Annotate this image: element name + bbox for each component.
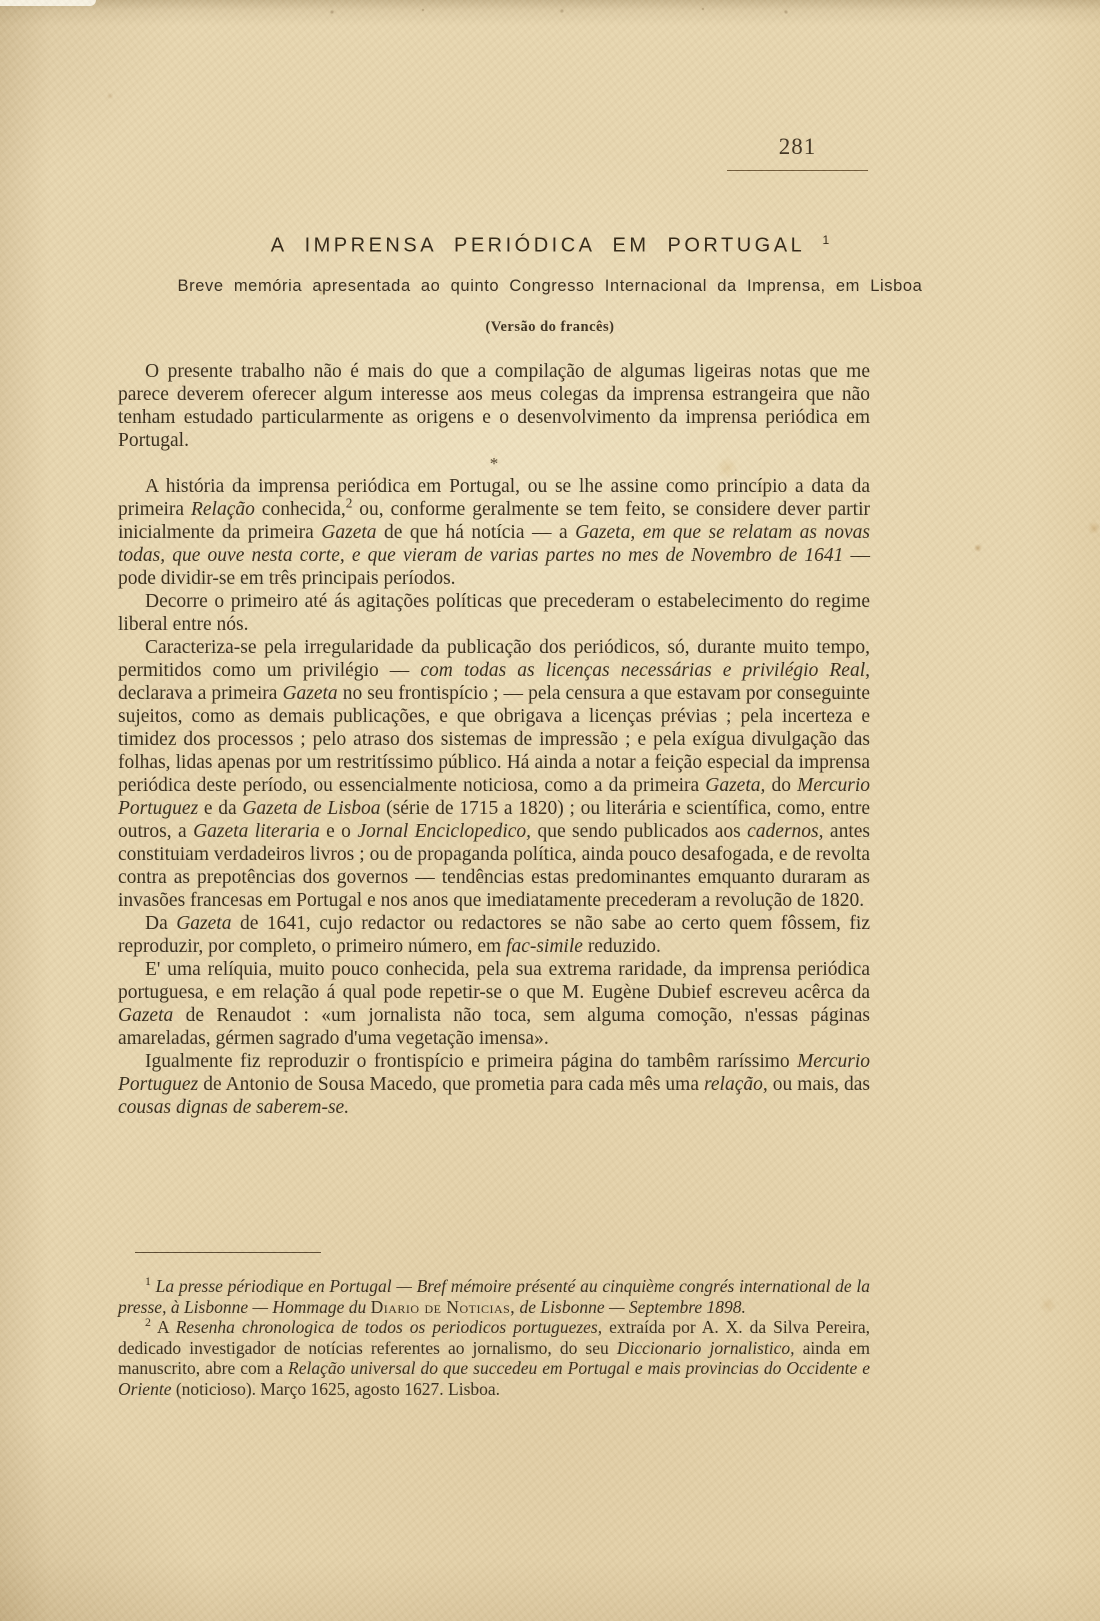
- footnotes: 1 La presse périodique en Portugal — Bre…: [118, 1276, 870, 1399]
- paragraph-characterization: Caracteriza-se pela irregularidade da pu…: [118, 636, 870, 912]
- page-number-rule: [727, 170, 868, 171]
- footnote-1: 1 La presse périodique en Portugal — Bre…: [118, 1276, 870, 1317]
- paragraph-first-period: Decorre o primeiro até ás agitações polí…: [118, 590, 870, 636]
- paragraph-intro: O presente trabalho não é mais do que a …: [118, 360, 870, 452]
- section-separator: *: [118, 452, 870, 475]
- footnote-2: 2 A Resenha chronologica de todos os per…: [118, 1317, 870, 1399]
- paragraph-gazeta-1641: Da Gazeta de 1641, cujo redactor ou reda…: [118, 912, 870, 958]
- paragraph-mercurio: Igualmente fiz reproduzir o frontispício…: [118, 1050, 870, 1119]
- version-note: (Versão do francês): [0, 319, 1100, 336]
- footnote-separator-rule: [135, 1252, 321, 1253]
- scanned-document-page: 281 A IMPRENSA PERIÓDICA EM PORTUGAL 1 B…: [0, 0, 1100, 1621]
- paragraph-reliquia: E' uma relíquia, muito pouco conhecida, …: [118, 958, 870, 1050]
- document-title: A IMPRENSA PERIÓDICA EM PORTUGAL 1: [0, 233, 1100, 258]
- scan-edge-artifact: [0, 0, 96, 6]
- paragraph-history: A história da imprensa periódica em Port…: [118, 475, 870, 590]
- body-text: O presente trabalho não é mais do que a …: [118, 360, 870, 1119]
- document-subtitle: Breve memória apresentada ao quinto Cong…: [60, 277, 1040, 296]
- page-number: 281: [725, 134, 870, 160]
